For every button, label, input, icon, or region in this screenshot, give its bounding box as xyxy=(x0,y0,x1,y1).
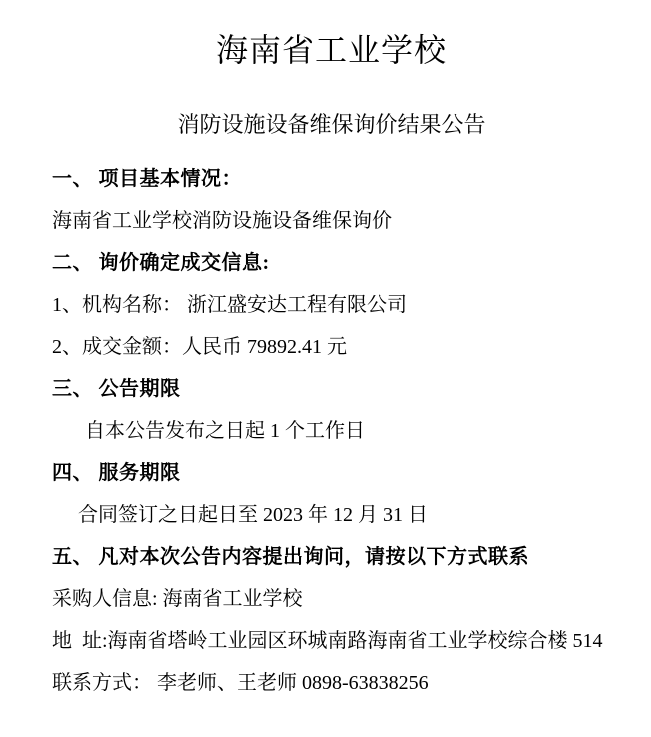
page-title: 海南省工业学校 xyxy=(52,30,611,70)
document-page: 海南省工业学校 消防设施设备维保询价结果公告 一、 项目基本情况： 海南省工业学… xyxy=(0,0,651,737)
section-5-heading: 五、 凡对本次公告内容提出询问，请按以下方式联系 xyxy=(52,546,611,569)
contact-phone: 联系方式： 李老师、王老师 0898-63838256 xyxy=(52,672,611,695)
contact-address: 地 址:海南省塔岭工业园区环城南路海南省工业学校综合楼 514 xyxy=(52,630,611,653)
section-2-winner-name: 1、机构名称： 浙江盛安达工程有限公司 xyxy=(52,294,611,317)
contact-purchaser-info: 采购人信息: 海南省工业学校 xyxy=(52,588,611,611)
section-3-heading: 三、 公告期限 xyxy=(52,378,611,401)
section-3-announcement-period: 自本公告发布之日起 1 个工作日 xyxy=(52,420,611,443)
section-1-heading: 一、 项目基本情况： xyxy=(52,168,611,191)
page-subtitle: 消防设施设备维保询价结果公告 xyxy=(52,112,611,138)
document-body: 一、 项目基本情况： 海南省工业学校消防设施设备维保询价 二、 询价确定成交信息… xyxy=(52,168,611,695)
section-4-service-period: 合同签订之日起日至 2023 年 12 月 31 日 xyxy=(52,504,611,527)
section-2-deal-amount: 2、成交金额：人民币 79892.41 元 xyxy=(52,336,611,359)
section-2-heading: 二、 询价确定成交信息: xyxy=(52,252,611,275)
section-1-project-name: 海南省工业学校消防设施设备维保询价 xyxy=(52,210,611,233)
section-4-heading: 四、 服务期限 xyxy=(52,462,611,485)
